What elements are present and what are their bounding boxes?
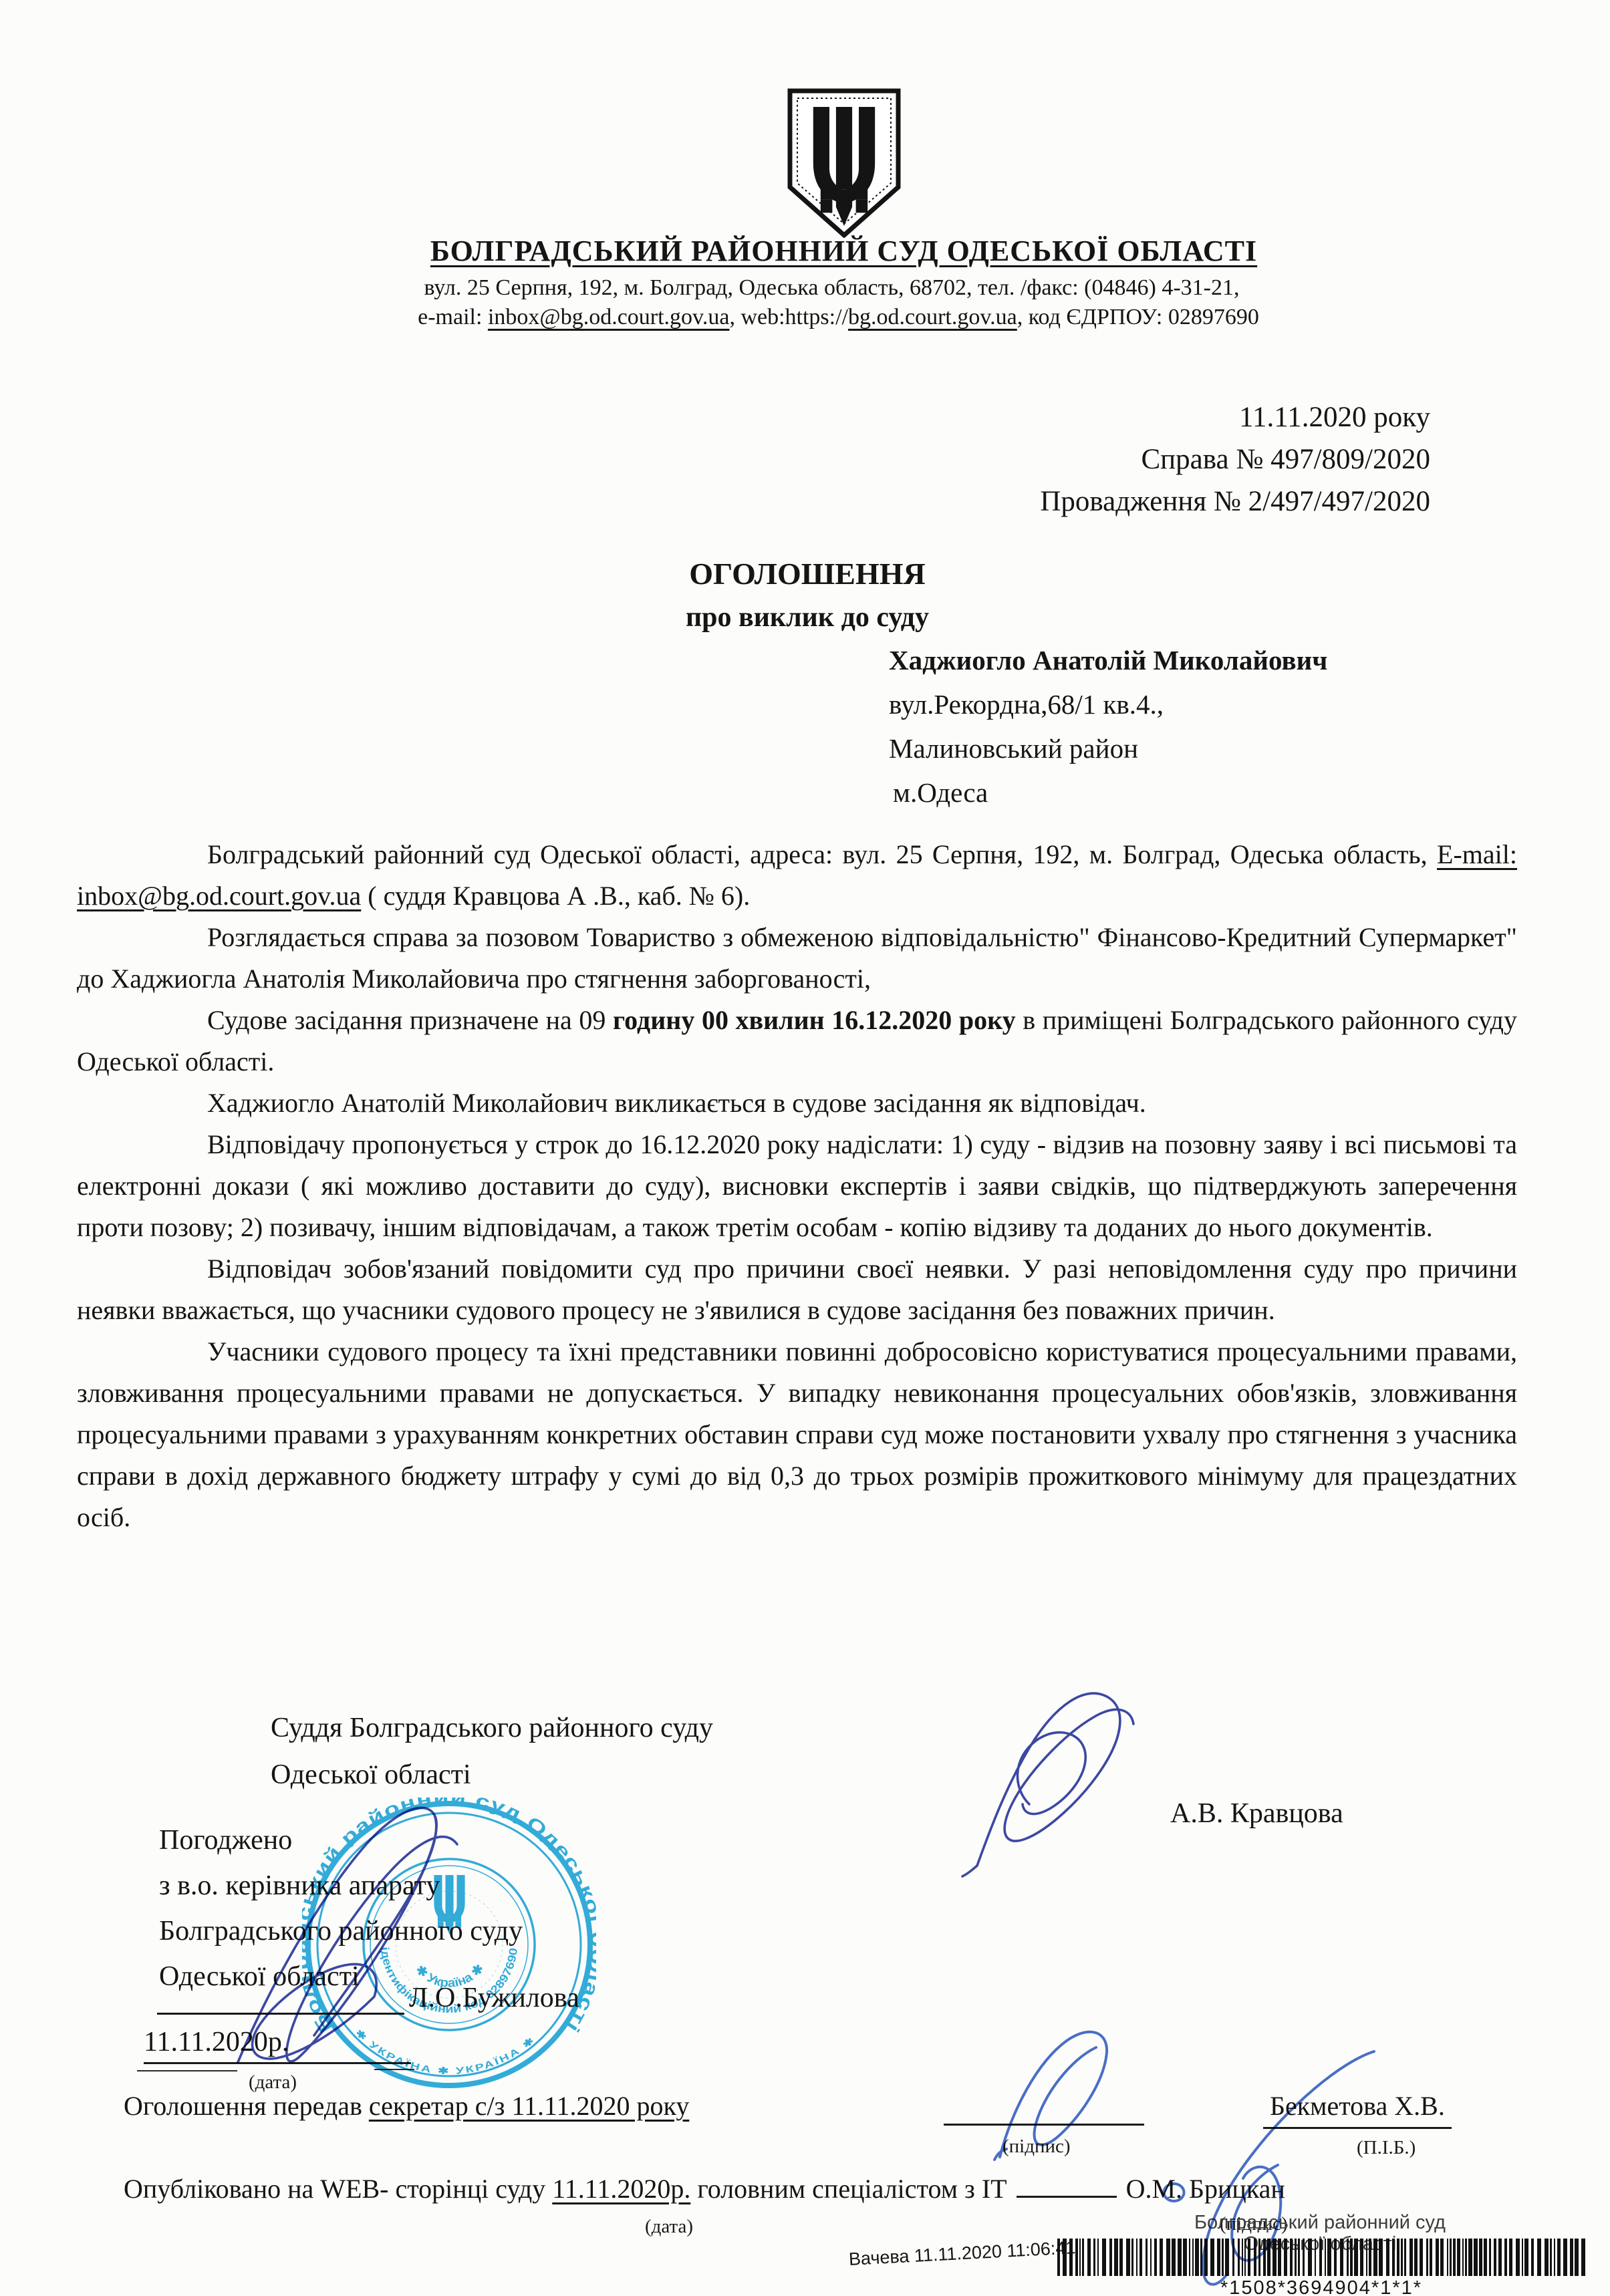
court-small-line1: Болградський районний суд [1190,2212,1450,2234]
paragraph-hearing-date: Судове засідання призначене на 09 годину… [77,1000,1517,1083]
publish-date: 11.11.2020р. [552,2174,690,2204]
head-of-staff-name: Л.О.Бужилова [409,1982,579,2014]
web-label: , web:https:// [729,305,848,329]
agreed-label: Погоджено [159,1824,292,1856]
paragraph-court-info: Болградський районний суд Одеської облас… [77,834,1517,917]
edrpou-code: , код ЄДРПОУ: 02897690 [1017,305,1259,329]
date-line-artifact2 [374,2069,414,2070]
signature-line-head-of-staff [157,2013,404,2015]
judge-title-line1: Суддя Болградського районного суду [271,1712,713,1744]
paragraph-procedural-rules: Учасники судового процесу та їхні предст… [77,1331,1517,1538]
operator-timestamp: Вачева 11.11.2020 11:06:41 [848,2237,1076,2270]
p3-pre: Судове засідання призначене на 09 [207,1005,613,1035]
publish-date-label: (дата) [645,2216,693,2238]
addressee-name: Хаджиогло Анатолій Миколайович [889,644,1327,676]
scanned-court-document: БОЛГРАДСЬКИЙ РАЙОННИЙ СУД ОДЕСЬКОЇ ОБЛАС… [0,0,1610,2296]
court-name-text: БОЛГРАДСЬКИЙ РАЙОННИЙ СУД ОДЕСЬКОЇ ОБЛАС… [430,235,1257,267]
transfer-prefix: Оголошення передав [124,2091,369,2121]
court-name-header: БОЛГРАДСЬКИЙ РАЙОННИЙ СУД ОДЕСЬКОЇ ОБЛАС… [106,234,1582,268]
publish-prefix: Опубліковано на WEB- сторінці суду [124,2174,552,2204]
judge-signature [962,1693,1133,1876]
document-date: 11.11.2020 року [802,401,1430,434]
addressee-street: вул.Рекордна,68/1 кв.4., [889,688,1164,720]
barcode-bar [1581,2239,1585,2276]
transfer-secretary-date: секретар с/з 11.11.2020 року [369,2091,689,2121]
barcode-value: *1508*3694904*1*1* [1057,2277,1585,2296]
court-address-line: вул. 25 Серпня, 192, м. Болград, Одеська… [94,275,1570,301]
paragraph-case-subject: Розглядається справа за позовом Товарист… [77,917,1517,1000]
paragraph-summons: Хаджиогло Анатолій Миколайович викликаєт… [77,1083,1517,1124]
p1-pre: Болградський районний суд Одеської облас… [207,839,1437,869]
signature-line-secretary [944,2124,1144,2126]
pib-label: (П.І.Б.) [1357,2137,1416,2159]
ukraine-trident-emblem-icon [787,88,901,238]
agreement-line1: з в.о. керівника апарату [159,1870,440,1902]
agreement-line3: Одеської області [159,1961,360,1993]
judge-title-line2: Одеської області [271,1759,471,1791]
p1-post: ( суддя Кравцова А .В., каб. № 6). [361,881,750,911]
publish-middle: головним спеціалістом з ІТ [690,2174,1007,2204]
date-line-artifact [137,2070,237,2071]
transfer-row: Оголошення передав секретар с/з 11.11.20… [124,2090,689,2122]
signature-label: (підпис) [1002,2136,1071,2158]
agreement-line2: Болградського районного суду [159,1915,523,1947]
proceeding-number: Провадження № 2/497/497/2020 [802,485,1430,518]
p3-hearing-datetime: годину 00 хвилин 16.12.2020 року [613,1005,1016,1035]
paragraph-absence-notice: Відповідач зобов'язаний повідомити суд п… [77,1248,1517,1331]
addressee-city: м.Одеса [893,776,988,809]
court-contacts-line: e-mail: inbox@bg.od.court.gov.ua, web:ht… [100,305,1577,330]
it-specialist-name: О.М. Брицкан [1126,2174,1285,2204]
body-text: Болградський районний суд Одеської облас… [77,834,1517,1538]
agreement-date: 11.11.2020р. [144,2026,411,2064]
email-link[interactable]: inbox@bg.od.court.gov.ua [488,305,730,329]
web-link[interactable]: bg.od.court.gov.ua [848,305,1017,329]
paragraph-respondent-duties: Відповідачу пропонується у строк до 16.1… [77,1124,1517,1248]
signature-line-it-specialist [1017,2173,1117,2198]
document-subtitle: про виклик до суду [604,601,1011,633]
addressee-district: Малиновський район [889,732,1138,764]
case-number: Справа № 497/809/2020 [802,443,1430,476]
email-label: e-mail: [418,305,488,329]
judge-name: А.В. Кравцова [1170,1798,1343,1830]
document-title: ОГОЛОШЕННЯ [604,556,1011,591]
secretary-name: Бекметова Х.В. [1263,2090,1452,2129]
publish-row: Опубліковано на WEB- сторінці суду 11.11… [124,2173,1285,2204]
barcode [1057,2239,1585,2276]
